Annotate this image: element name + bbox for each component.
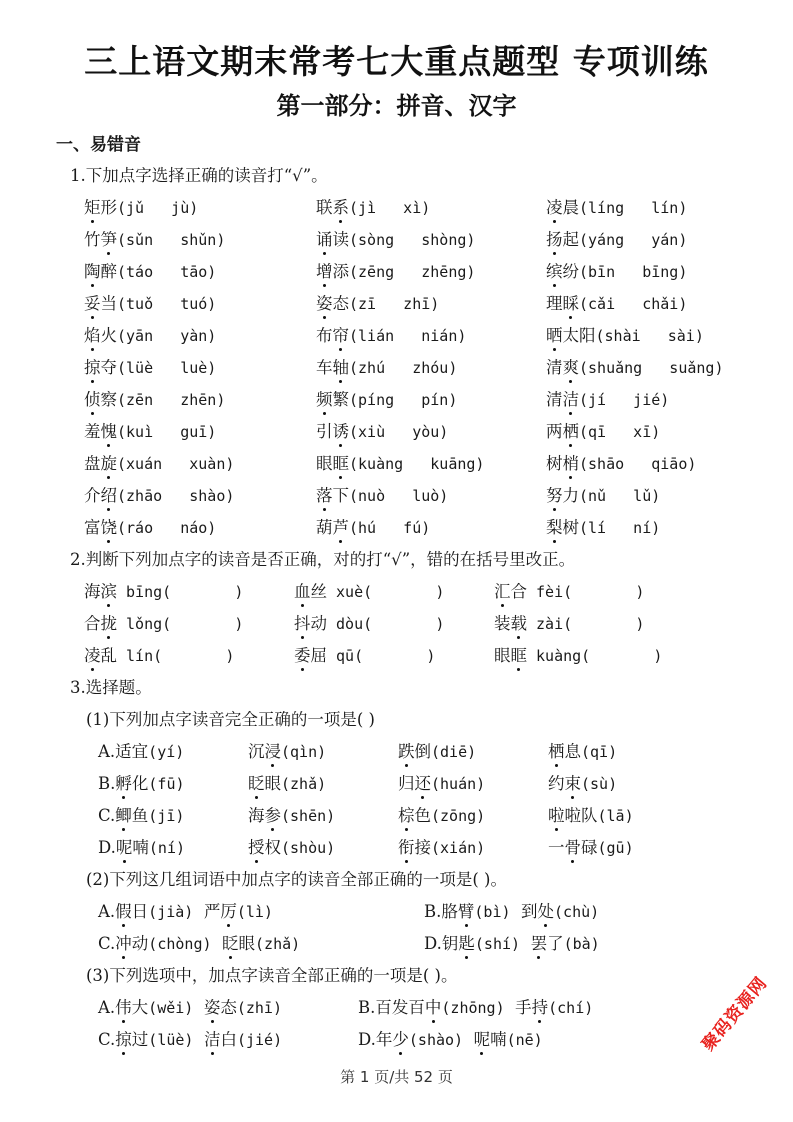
dotted-char: 鲫 [115, 802, 132, 826]
dotted-char: 假 [115, 898, 132, 922]
dotted-char: 还 [415, 770, 432, 794]
pinyin: xuè( ) [327, 583, 444, 601]
pinyin: (chí) [548, 999, 593, 1017]
dotted-char: 轴 [333, 354, 350, 378]
dotted-char: 旋 [101, 450, 118, 474]
pinyin: (shēn) [281, 807, 335, 825]
pinyin: (jié) [237, 1031, 282, 1049]
pinyin: (cǎi chǎi) [579, 295, 687, 313]
pinyin: (jǔ jù) [117, 199, 198, 217]
pinyin: (xiù yòu) [349, 423, 448, 441]
pinyin: (shuǎng suǎng) [579, 359, 724, 377]
option-item: D.年少(shào) 呢喃(nē) [358, 1026, 543, 1050]
dotted-char: 滨 [101, 578, 118, 602]
word-item: 布帘(lián nián) [316, 322, 466, 346]
dotted-char: 眨 [222, 930, 239, 954]
pinyin: (jì xì) [349, 199, 430, 217]
dotted-char: 姿 [204, 994, 221, 1018]
option-item: B.百发百中(zhōng) 手持(chí) [358, 994, 593, 1018]
dotted-char: 梨 [546, 514, 563, 538]
word-item: 理睬(cǎi chǎi) [546, 290, 687, 314]
pinyin: (lā) [598, 807, 634, 825]
pinyin: (líng lín) [579, 199, 687, 217]
dotted-char: 栖 [548, 738, 565, 762]
word-item: 引诱(xiù yòu) [316, 418, 448, 442]
word-item: 诵读(sòng shòng) [316, 226, 475, 250]
dotted-char: 扬 [546, 226, 563, 250]
word-item: 晒太阳(shài sài) [546, 322, 704, 346]
question-1-prompt: 1.下加点字选择正确的读音打“√”。 [70, 162, 328, 186]
dotted-char: 愧 [101, 418, 118, 442]
word-item: 梨树(lí ní) [546, 514, 660, 538]
dotted-char: 增 [316, 258, 333, 282]
dotted-char: 厉 [220, 898, 237, 922]
option-item: 海参(shēn) [248, 802, 335, 826]
pinyin: (qìn) [281, 743, 326, 761]
word-item: 树梢(shāo qiāo) [546, 450, 696, 474]
word-item: 介绍(zhāo shào) [84, 482, 234, 506]
word-item: 抖动 dòu( ) [294, 610, 444, 634]
dotted-char: 饶 [101, 514, 118, 538]
pinyin: (xuán xuàn) [117, 455, 234, 473]
word-item: 凌乱 lín( ) [84, 642, 234, 666]
pinyin: (gū) [598, 839, 634, 857]
dotted-char: 冲 [115, 930, 132, 954]
pinyin: (nē) [507, 1031, 543, 1049]
dotted-char: 孵 [115, 770, 132, 794]
word-item: 缤纷(bīn bīng) [546, 258, 687, 282]
word-item: 竹笋(sǔn shǔn) [84, 226, 225, 250]
pinyin: (zhǎ) [255, 935, 300, 953]
word-item: 海滨 bīng( ) [84, 578, 243, 602]
dotted-char: 凌 [84, 642, 101, 666]
dotted-char: 凌 [546, 194, 563, 218]
option-item: 沉浸(qìn) [248, 738, 326, 762]
dotted-char: 频 [316, 386, 333, 410]
pinyin: (shòu) [281, 839, 335, 857]
pinyin: (jià) [148, 903, 193, 921]
pinyin: (táo tāo) [117, 263, 216, 281]
pinyin: (kuàng kuāng) [349, 455, 484, 473]
dotted-char: 落 [316, 482, 333, 506]
pinyin: (jí jié) [579, 391, 669, 409]
dotted-char: 矩 [84, 194, 101, 218]
dotted-char: 衔 [398, 834, 415, 858]
pinyin: (chù) [554, 903, 599, 921]
word-item: 姿态(zī zhī) [316, 290, 439, 314]
pinyin: (lüè luè) [117, 359, 216, 377]
pinyin: (shào) [409, 1031, 463, 1049]
dotted-char: 中 [425, 994, 442, 1018]
question-3-3-prompt: (3)下列选项中，加点字读音全部正确的一项是( )。 [86, 962, 458, 986]
dotted-char: 爽 [563, 354, 580, 378]
pinyin: (zhāo shào) [117, 487, 234, 505]
word-item: 掠夺(lüè luè) [84, 354, 216, 378]
pinyin: (zhǎ) [281, 775, 326, 793]
dotted-char: 洁 [204, 1026, 221, 1050]
question-3-1-prompt: (1)下列加点字读音完全正确的一项是( ) [86, 706, 375, 730]
dotted-char: 眶 [511, 642, 528, 666]
pinyin: lǒng( ) [117, 615, 243, 633]
dotted-char: 少 [392, 1026, 409, 1050]
pinyin: (lí ní) [579, 519, 660, 537]
word-item: 委屈 qū( ) [294, 642, 435, 666]
option-item: 约束(sù) [548, 770, 617, 794]
word-item: 陶醉(táo tāo) [84, 258, 216, 282]
pinyin: (nuò luò) [349, 487, 448, 505]
word-item: 联系(jì xì) [316, 194, 430, 218]
dotted-char: 掠 [115, 1026, 132, 1050]
pinyin: (diē) [431, 743, 476, 761]
dotted-char: 梢 [563, 450, 580, 474]
pinyin: qū( ) [327, 647, 435, 665]
word-item: 增添(zēng zhēng) [316, 258, 475, 282]
word-item: 血丝 xuè( ) [294, 578, 444, 602]
pinyin: (sù) [581, 775, 617, 793]
dotted-char: 汇 [494, 578, 511, 602]
dotted-char: 参 [265, 802, 282, 826]
dotted-char: 跌 [398, 738, 415, 762]
dotted-char: 侦 [84, 386, 101, 410]
dotted-char: 掠 [84, 354, 101, 378]
word-item: 扬起(yáng yán) [546, 226, 687, 250]
pinyin: (jī) [148, 807, 184, 825]
option-item: 归还(huán) [398, 770, 485, 794]
option-item: 衔接(xián) [398, 834, 485, 858]
pinyin: (sǔn shǔn) [117, 231, 225, 249]
pinyin: (kuì guī) [117, 423, 216, 441]
dotted-char: 姿 [316, 290, 333, 314]
word-item: 努力(nǔ lǔ) [546, 482, 660, 506]
pinyin: (zhú zhóu) [349, 359, 457, 377]
page-number: 第 1 页/共 52 页 [0, 1066, 793, 1087]
option-item: C.鲫鱼(jī) [98, 802, 184, 826]
dotted-char: 拢 [101, 610, 118, 634]
pinyin: (zēng zhēng) [349, 263, 475, 281]
dotted-char: 抖 [294, 610, 311, 634]
option-item: C.掠过(lüè) 洁白(jié) [98, 1026, 282, 1050]
dotted-char: 缤 [546, 258, 563, 282]
pinyin: (píng pín) [349, 391, 457, 409]
dotted-char: 呢 [116, 834, 133, 858]
pinyin: (wěi) [148, 999, 193, 1017]
document-title: 三上语文期末常考七大重点题型 专项训练 [0, 36, 793, 83]
dotted-char: 帘 [333, 322, 350, 346]
dotted-char: 载 [511, 610, 528, 634]
word-item: 凌晨(líng lín) [546, 194, 687, 218]
option-item: D.呢喃(ní) [98, 834, 185, 858]
pinyin: (shí) [475, 935, 520, 953]
dotted-char: 笋 [101, 226, 118, 250]
pinyin: (huán) [431, 775, 485, 793]
word-item: 清爽(shuǎng suǎng) [546, 354, 724, 378]
word-item: 落下(nuò luò) [316, 482, 448, 506]
pinyin: (lüè) [148, 1031, 193, 1049]
pinyin: (ní) [149, 839, 185, 857]
dotted-char: 眶 [333, 450, 350, 474]
option-item: A.适宜(yí) [98, 738, 184, 762]
word-item: 眼眶(kuàng kuāng) [316, 450, 484, 474]
question-3-prompt: 3.选择题。 [70, 674, 152, 698]
pinyin: (nǔ lǔ) [579, 487, 660, 505]
dotted-char: 棕 [398, 802, 415, 826]
word-item: 葫芦(hú fú) [316, 514, 430, 538]
pinyin: lín( ) [117, 647, 234, 665]
pinyin: (yáng yán) [579, 231, 687, 249]
dotted-char: 浸 [265, 738, 282, 762]
word-item: 汇合 fèi( ) [494, 578, 644, 602]
pinyin: (zhī) [237, 999, 282, 1017]
dotted-char: 芦 [333, 514, 350, 538]
option-item: B.孵化(fū) [98, 770, 185, 794]
pinyin: (bà) [564, 935, 600, 953]
pinyin: (zī zhī) [349, 295, 439, 313]
dotted-char: 眨 [248, 770, 265, 794]
pinyin: kuàng( ) [527, 647, 662, 665]
dotted-char: 束 [565, 770, 582, 794]
dotted-char: 焰 [84, 322, 101, 346]
dotted-char: 诱 [333, 418, 350, 442]
option-item: C.冲动(chòng) 眨眼(zhǎ) [98, 930, 300, 954]
pinyin: (yí) [148, 743, 184, 761]
pinyin: (shài sài) [596, 327, 704, 345]
dotted-char: 啦 [548, 802, 565, 826]
dotted-char: 匙 [458, 930, 475, 954]
dotted-char: 授 [248, 834, 265, 858]
watermark: 聚码资源网 [694, 970, 771, 1055]
option-item: 棕色(zōng) [398, 802, 485, 826]
document-subtitle: 第一部分：拼音、汉字 [0, 86, 793, 121]
option-item: D.钥匙(shí) 罢了(bà) [424, 930, 600, 954]
word-item: 车轴(zhú zhóu) [316, 354, 457, 378]
option-item: 栖息(qī) [548, 738, 617, 762]
pinyin: (zhōng) [441, 999, 504, 1017]
dotted-char: 系 [333, 194, 350, 218]
pinyin: (tuǒ tuó) [117, 295, 216, 313]
word-item: 频繁(píng pín) [316, 386, 457, 410]
section-heading: 一、易错音 [56, 130, 141, 155]
pinyin: (qī xī) [579, 423, 660, 441]
dotted-char: 委 [294, 642, 311, 666]
word-item: 侦察(zēn zhēn) [84, 386, 225, 410]
option-item: A.伟大(wěi) 姿态(zhī) [98, 994, 282, 1018]
pinyin: (chòng) [148, 935, 211, 953]
option-item: 啦啦队(lā) [548, 802, 634, 826]
pinyin: bīng( ) [117, 583, 243, 601]
dotted-char: 睬 [563, 290, 580, 314]
dotted-char: 血 [294, 578, 311, 602]
option-item: 眨眼(zhǎ) [248, 770, 326, 794]
question-3-2-prompt: (2)下列这几组词语中加点字的读音全部正确的一项是( )。 [86, 866, 507, 890]
dotted-char: 伟 [115, 994, 132, 1018]
dotted-char: 骨 [565, 834, 582, 858]
pinyin: (qī) [581, 743, 617, 761]
pinyin: (bīn bīng) [579, 263, 687, 281]
word-item: 焰火(yān yàn) [84, 322, 216, 346]
dotted-char: 妥 [84, 290, 101, 314]
word-item: 矩形(jǔ jù) [84, 194, 198, 218]
option-item: A.假日(jià) 严厉(lì) [98, 898, 273, 922]
pinyin: (hú fú) [349, 519, 430, 537]
dotted-char: 努 [546, 482, 563, 506]
option-item: 一骨碌(gū) [548, 834, 634, 858]
dotted-char: 罢 [531, 930, 548, 954]
pinyin: (lián nián) [349, 327, 466, 345]
dotted-char: 栖 [563, 418, 580, 442]
word-item: 装载 zài( ) [494, 610, 644, 634]
dotted-char: 臂 [458, 898, 475, 922]
pinyin: zài( ) [527, 615, 644, 633]
word-item: 两栖(qī xī) [546, 418, 660, 442]
pinyin: (yān yàn) [117, 327, 216, 345]
pinyin: (lì) [237, 903, 273, 921]
pinyin: (ráo náo) [117, 519, 216, 537]
word-item: 富饶(ráo náo) [84, 514, 216, 538]
option-item: 跌倒(diē) [398, 738, 476, 762]
pinyin: dòu( ) [327, 615, 444, 633]
word-item: 羞愧(kuì guī) [84, 418, 216, 442]
option-item: 授权(shòu) [248, 834, 335, 858]
dotted-char: 陶 [84, 258, 101, 282]
word-item: 合拢 lǒng( ) [84, 610, 243, 634]
pinyin: fèi( ) [527, 583, 644, 601]
word-item: 盘旋(xuán xuàn) [84, 450, 234, 474]
pinyin: (bì) [474, 903, 510, 921]
pinyin: (zēn zhēn) [117, 391, 225, 409]
dotted-char: 持 [532, 994, 549, 1018]
dotted-char: 处 [538, 898, 555, 922]
pinyin: (fū) [148, 775, 184, 793]
pinyin: (zōng) [431, 807, 485, 825]
option-item: B.胳臂(bì) 到处(chù) [424, 898, 599, 922]
question-2-prompt: 2.判断下列加点字的读音是否正确，对的打“√”，错的在括号里改正。 [70, 546, 575, 570]
pinyin: (xián) [431, 839, 485, 857]
word-item: 妥当(tuǒ tuó) [84, 290, 216, 314]
dotted-char: 绍 [101, 482, 118, 506]
pinyin: (shāo qiāo) [579, 455, 696, 473]
word-item: 清洁(jí jié) [546, 386, 669, 410]
dotted-char: 诵 [316, 226, 333, 250]
dotted-char: 晒 [546, 322, 563, 346]
word-item: 眼眶 kuàng( ) [494, 642, 662, 666]
dotted-char: 呢 [474, 1026, 491, 1050]
pinyin: (sòng shòng) [349, 231, 475, 249]
dotted-char: 洁 [563, 386, 580, 410]
